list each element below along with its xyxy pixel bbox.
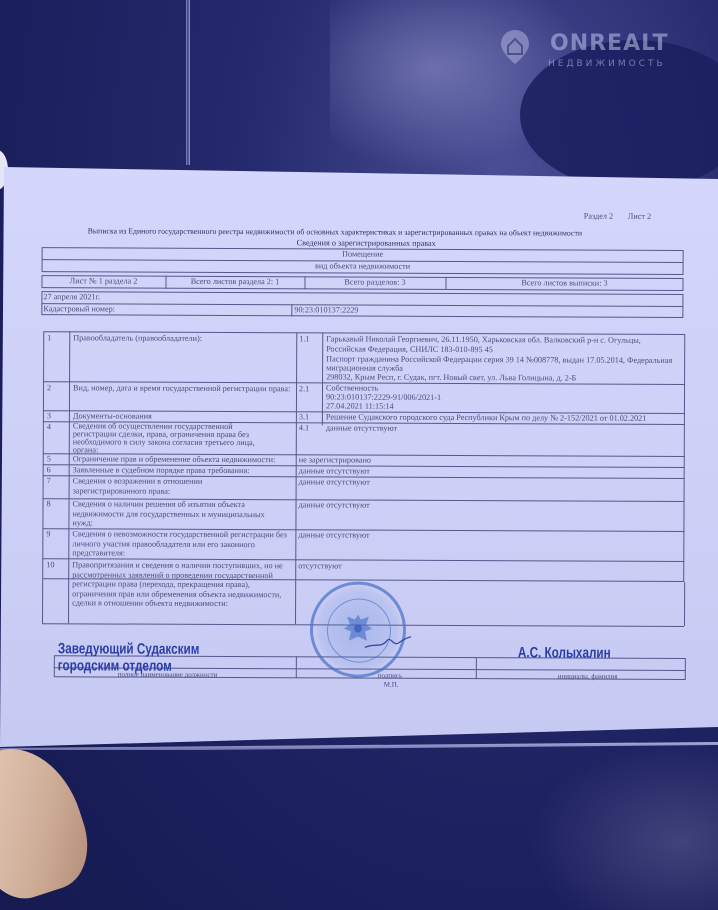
background-shadow-bottom [528,740,718,910]
document-title: Выписка из Единого государственного реес… [88,226,582,238]
row-value: данные отсутствуют [298,530,369,540]
name-caption: инициалы, фамилия [558,671,618,681]
sheets-in-section: Всего листов раздела 2: 1 [165,277,304,288]
row-number: 7 [47,476,51,486]
signature-scribble-icon [363,633,413,653]
row-number: 9 [46,529,50,539]
extract-date: 27 апреля 2021г. [43,292,100,302]
row-value: Российская Федерация, СНИЛС 183-010-895 … [326,344,493,355]
cadastral-label: Кадастровый номер: [43,304,115,314]
row-number: 8 [47,499,51,509]
row-number: 3 [47,411,51,421]
watermark-subtitle: НЕДВИЖИМОСТЬ [548,59,666,69]
official-seal-icon [310,581,406,677]
row-label: Сведения об осуществлении государственно… [73,422,278,455]
row-value: не зарегистрировано [299,455,371,465]
row-value: данные отсутствуют [326,423,397,433]
row-value: 298032, Крым Респ, г. Судак, пгт. Новый … [326,372,576,383]
row-value: данные отсутствуют [299,477,370,487]
watermark-brand: ONREALT [550,31,669,56]
cadastral-number: 90:23:010137:2229 [294,305,358,315]
row-number: 4 [47,422,51,432]
row-label: Заявленные в судебном порядке права треб… [73,465,250,476]
total-sheets: Всего листов выписки: 3 [445,278,683,289]
row-label: Правопритязания и сведения о наличии пос… [72,560,294,608]
stamp-caption: М.П. [384,680,399,690]
row-subnumber: 4.1 [299,423,309,433]
total-sections: Всего разделов: 3 [304,277,445,288]
background-car-edge [186,0,190,165]
row-number: 1 [47,333,51,343]
row-label: Документы-основания [73,411,152,421]
row-number: 6 [47,465,51,475]
row-label: Ограничение прав и обременение объекта н… [73,454,276,465]
row-label: Сведения о наличии решения об изъятии об… [72,499,277,528]
finger [0,733,100,910]
row-value: данные отсутствуют [299,500,370,510]
section-label: Раздел 2 [584,212,613,222]
row-subnumber: 3.1 [299,412,309,422]
document-sheet: Раздел 2 Лист 2 Выписка из Единого госуд… [0,167,718,747]
row-value: данные отсутствуют [299,466,370,476]
row-label: Сведения о возражении в отношении зареги… [73,476,263,497]
sheet-label: Лист 2 [628,212,651,222]
row-value: 27.04.2021 11:15:14 [326,401,394,411]
row-label: Вид, номер, дата и время государственной… [73,383,291,394]
row-subnumber: 2.1 [299,384,309,394]
position-caption: полное наименование должности [118,670,218,680]
row-value: отсутствуют [298,561,341,571]
row-number: 2 [47,383,51,393]
row-label: Правообладатель (правообладатели): [73,333,202,344]
row-number: 5 [47,454,51,464]
sheet-number: Лист № 1 раздела 2 [41,276,165,287]
row-value: Решение Судакского городского суда Респу… [326,412,646,423]
house-pin-icon [500,29,530,65]
official-name-handwritten: А.С. Колыхалин [518,644,611,661]
position-handwritten: Заведующий Судакским [58,640,200,658]
document-subtitle: Сведения о зарегистрированных правах [297,238,436,249]
row-number: 10 [46,560,54,570]
row-label: Сведения о невозможности государственной… [72,529,294,558]
row-subnumber: 1.1 [299,334,309,344]
